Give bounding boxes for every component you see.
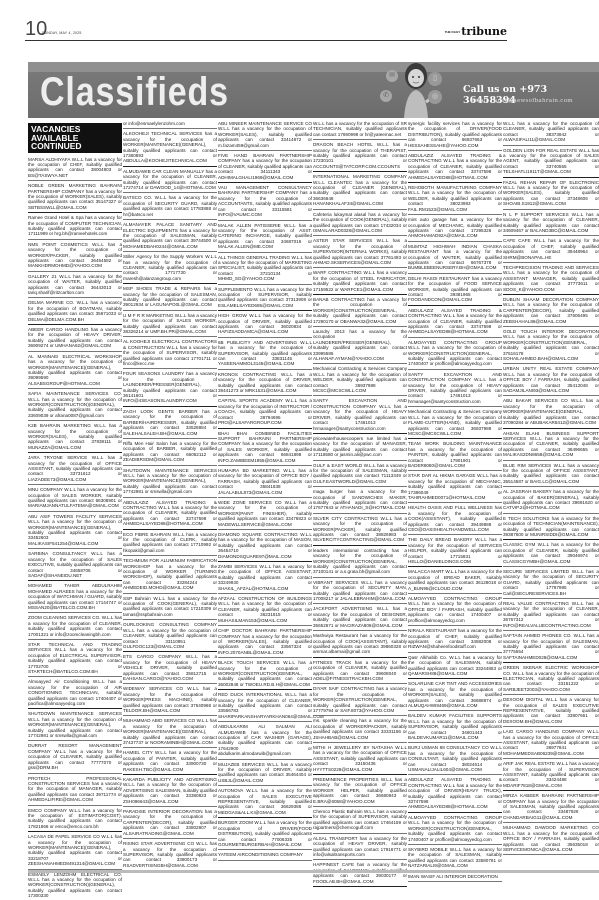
classified-ad: SHUTDOWN MAINTENANCE SERVICES W.L.L has … xyxy=(123,467,217,498)
classified-ad: ALMANAYER PALACE SANITARY AND ELECTRIC E… xyxy=(123,221,217,252)
classified-ad: JACKPORT ADVERTISING W.L.L has a vacancy… xyxy=(313,605,407,631)
classified-ad: NMS POINT COSMETICS W.L.L has a vacancy … xyxy=(28,241,122,272)
classified-ad: BANAB CONTRACTING has a vacancy for the … xyxy=(313,296,407,327)
mobile-icon: ▯ xyxy=(428,72,442,86)
classified-ad: MUHAMMAD DAWOOD MARKETING CO W.L.L has a… xyxy=(503,824,599,855)
classified-ad: Almoayyed Air Conditioning W.L.L has a v… xyxy=(28,678,122,709)
classified-ad: SARBINA CONSULTANCY W.L.L has a vacancy … xyxy=(28,550,122,581)
classified-ad: BLACK TOUCH SERVICES W.L.L has a vacancy… xyxy=(218,659,312,690)
classified-ad: NIRALA RESTAURANT has a vacancy for the … xyxy=(408,627,502,653)
classified-ad: PARADISE INTERIOR DECORATION has a vacan… xyxy=(123,808,217,839)
classified-ad: HEALTH OASIS AND FULL WELLNESS has a vac… xyxy=(408,504,502,535)
classified-ad: ECO FIBRE BAHRAIN W.L.L has a vacancy fo… xyxy=(123,531,217,557)
classified-ad: ESMAELY LENZOHM ELECTRICAL CO. W.L.L has… xyxy=(28,871,122,900)
classified-ad: STAR TECHNICAL AND TRADING SERVICES W.L.… xyxy=(28,641,122,677)
classified-ad: FOUR SEASONS LAUNDRY has a vacancy for t… xyxy=(123,370,217,406)
classified-ad: LACASA DE PAPEL SERVICE CO W.L.L has a v… xyxy=(28,833,122,869)
classified-ad: DUBLIN SHAAM DECORATION COMPANY W.L.L ha… xyxy=(503,296,599,327)
classified-ad: ZOOM CLEANING SERVICES CO. W.L.L has a v… xyxy=(28,614,122,640)
classified-ad: CLASSIC GYM W.L.L has a vacancy for the … xyxy=(503,541,599,567)
classified-ad: ZAMBI SERVICES W.L.L has a vacancy for t… xyxy=(218,563,312,594)
classified-ad: BHAI BHAI COMBINED FACILITIES SUPPORT BA… xyxy=(218,430,312,466)
classified-ad: EMCO COMPANY W.L.L has a vacancy for the… xyxy=(28,807,122,833)
classified-ad: W.L.L has a vacancy for the occupation o… xyxy=(313,120,407,140)
classified-ad: HAPPINEST CAFE has a vacancy for the occ… xyxy=(313,861,407,887)
classified-ad: synergic facility services has a vacancy… xyxy=(408,120,502,151)
classified-ad: VIBRANT SERVICES W.L.L has a vacancy for… xyxy=(313,579,407,605)
classified-ad: SHUTDOWN MAINTENANCE SERVICES W.L.L has … xyxy=(28,710,122,741)
footer-rule xyxy=(28,870,599,873)
classified-ad: WIDEWAY SERVICES CO W.L.L has a vacancy … xyxy=(123,685,217,716)
classified-ad: ALMOAYYED CONTRACTING GROUP W.L.L has a … xyxy=(408,595,502,626)
classified-ad: pricewaterhousecoopers rue limited has a… xyxy=(313,435,407,461)
classified-ad: GALLERY 21 W.L.L has a vacancy for the o… xyxy=(28,273,122,299)
classified-ad: FAZAL REHAN REPAIR OF ELECTRONIC W.L.L h… xyxy=(503,179,599,210)
classified-ad: SAFTAIN AHMED PHONES CO. W.L.L has a vac… xyxy=(503,632,599,663)
classified-ad: GULF & EAST WORLD W.L.L has a vacancy fo… xyxy=(313,462,407,488)
classified-ad: FITNESS TRACK has a vacancy for the occu… xyxy=(313,659,407,685)
classified-ad: MSP SHOES TRADE & REPAIRS has a vacancy … xyxy=(123,285,217,311)
phone-icon: ✆ xyxy=(380,90,392,102)
page-number: 10 xyxy=(25,18,47,41)
column-4: W.L.L has a vacancy for the occupation o… xyxy=(313,120,407,888)
classified-ad: THE DAILY BREAD BAKERY W.L.L has a vacan… xyxy=(408,536,502,567)
classified-ad: ABEER CARGO HANDLING has a vacancy for t… xyxy=(28,326,122,352)
classified-ad: ETS CARGO COMPANY W.L.L has a vacancy fo… xyxy=(123,653,217,684)
classified-ad: PROTECH PROFESSIONAL CONSTRUCTION SERVIC… xyxy=(28,775,122,806)
classified-ad: AL KOOHEJI ELECTRICAL CONTRACTORS & CONS… xyxy=(123,338,217,369)
classified-ad: PREEMINENCE PROPERTIES W.L.L has a vacan… xyxy=(313,776,407,807)
classified-ad: Cafeteria lukaymat alasal has a vacancy … xyxy=(313,211,407,237)
issue-date: SUNDAY, MAY 4, 2025 xyxy=(42,31,82,35)
classified-ad: MARSA ALDHIYAFA W.L.L has a vacancy for … xyxy=(28,156,122,182)
classified-ad: SANTY EXCAVATION AND CONSTRUCTION COMPAN… xyxy=(313,397,407,433)
banner-title: Classifieds xyxy=(40,70,229,115)
classified-ad: TECHPRECISION TRADING AND SERVICES W.L.L… xyxy=(503,264,599,295)
classified-ad: KRONOS CONTRACTING W.L.L has a vacancy f… xyxy=(218,371,312,397)
classified-ad: DRAGON BEACH HOTEL W.L.L has a vacancy f… xyxy=(313,141,407,172)
classified-ad: WIDE ZONE SERVICES CO W.L.L has a vacanc… xyxy=(218,499,312,530)
classified-ad: RISING STAR ADVERTISING CO W.L.L has a v… xyxy=(123,840,217,871)
globe-icon: ◎ xyxy=(428,90,442,104)
classified-ad: W.L.L has a vacancy for the occupation o… xyxy=(503,120,599,146)
classified-ad: Laundry 2013 has a vacancy for the occup… xyxy=(313,328,407,364)
classified-ad: BURJ USMAN 88 CONSULTANCY CO W.L.L has a… xyxy=(408,744,502,775)
classified-ad: MALACCA MART W.L.L has a vacancy for the… xyxy=(408,568,502,594)
classified-ad: Chemco Plastic Bahrain W.L.L has a vacan… xyxy=(313,808,407,834)
classified-ad: AHSAN ELAHI BUSINESS SUPPORT SERVICES W.… xyxy=(503,430,599,461)
classified-ad: REHOBOTH MANUFACTURING COMPANY W.L.L has… xyxy=(408,184,502,215)
classified-ad: MUHAMMAD ABID SERVICES CO W.L.L has a va… xyxy=(123,717,217,748)
classified-ad: AL MANNAEI ELECTRICAL WORKSHOP has a vac… xyxy=(28,353,122,389)
classified-ad: WARF CONTRACTING W.L.L has a vacancy for… xyxy=(313,269,407,295)
classified-ad: ALKOOHEJI TECHNICAL SERVICES has a vacan… xyxy=(123,130,217,166)
classified-ad: SOLARLINE CAR TINT AND ACCESSORIES has a… xyxy=(408,680,502,711)
classified-ad: DIAMOND SQUARE CONTRACTING W.L.L has a v… xyxy=(218,531,312,562)
classified-ad: LAIG CARGO HANDLING COMPANY W.L.L has a … xyxy=(503,728,599,759)
email-icon: ✉ xyxy=(386,70,398,82)
classified-ad: SKYBIRD MOBILE W.L.L has a vacancy for t… xyxy=(408,846,502,872)
classified-ad: ARIF JAK REAL ESTATE W.L.L has a vacancy… xyxy=(503,760,599,791)
advert-email: email : advt@newsofbahrain.com xyxy=(471,98,573,104)
classified-ad: URBAN UNITY REAL ESTATE COMPANY W.L.L ha… xyxy=(503,365,599,396)
column-5: synergic facility services has a vacancy… xyxy=(408,120,502,883)
section-heading: VACANCIES AVAILABLE CONTINUED xyxy=(28,123,122,153)
classified-ad: AUTONOVA W.L.L has a vacancy for the occ… xyxy=(218,787,312,818)
classified-ad: U M F R R MARKETING W.L.L has a vacancy … xyxy=(123,312,217,338)
classified-ad: OURLOOKING CONSULTING COMPANY W.L.L has … xyxy=(123,621,217,652)
classified-ad: KAKARDA PUBLICITY AND ADVERTISING W.L.L … xyxy=(123,776,217,807)
classified-ad: FIVE HAND BAHRAIN PARTNERSHIP COMPANY ha… xyxy=(218,152,312,183)
classified-ad: INTERNATIONAL MARKETING COMPANY W.L.L CL… xyxy=(313,173,407,209)
classified-ad: ASTER STAR SERVICES W.L.L has a vacancy … xyxy=(313,237,407,268)
masthead: 10 SUNDAY, MAY 4, 2025 THE DAILYtribune xyxy=(25,24,507,41)
classified-ad: ABU BAKAR SERVICES CO W.L.L has a vacanc… xyxy=(503,397,599,428)
classified-ad: ALMOAYYED CONTRACTING GROUP W.L.L has a … xyxy=(408,339,502,370)
classified-ad: DURRAT RESORT MANAGEMENT COMPANY W.L.L h… xyxy=(28,742,122,773)
classified-ad: ABU MINEER MAINTENANCE SERVICE CO W.L.L … xyxy=(218,120,312,151)
classified-ad: CAPITAL SPORTS ACADEMY W.L.L has a vacan… xyxy=(218,397,312,428)
classified-ad: HAMIEL CITY W.L.L has a vacancy for the … xyxy=(123,749,217,775)
classified-ad: ABDULKARIM ALI SALMAN ALI ALMUDAWIB has … xyxy=(218,723,312,759)
column-6: W.L.L has a vacancy for the occupation o… xyxy=(503,120,599,856)
classified-ad: DIYAR SAIF CONTRACTING has a vacancy for… xyxy=(313,685,407,716)
classified-ad: Ramee Grand Hotel & Spa has a vacancy fo… xyxy=(28,214,122,240)
classified-ad: 6B PUBLICITY AND ADVERTISING W.L.L has a… xyxy=(218,339,312,370)
classified-ad: ALMUDAWIB CAR CLEAN MANUALLY has a vacan… xyxy=(123,168,217,194)
classified-ad: ALL THINGS GENERAL TRADING W.L.L has a v… xyxy=(218,254,312,285)
classified-ad: mint auto garage has a vacancy for the o… xyxy=(408,216,502,242)
classified-ad: SILVER CITY CONTRACTING W.L.L has a vaca… xyxy=(313,515,407,546)
logo-text: tribune xyxy=(461,25,507,38)
classified-ad: Mashwiya Restaurant has a vacancy for th… xyxy=(313,632,407,658)
classified-ad: YATEEM AIRCONDITIONING COMPANY xyxy=(218,851,312,860)
classified-ad: BATSCO CO. W.L.L has a vacancy for the o… xyxy=(123,194,217,220)
classified-ad: Mechanical Contracting & Services Compan… xyxy=(408,408,502,439)
classified-ad: SAFIA MAINTENANCE SERVICES CO. W.L.L has… xyxy=(28,390,122,421)
classified-ad: HIGH GROW W.L.L has a vacancy for the oc… xyxy=(218,312,312,338)
classified-ad: AL JASSRAH BAKERY has a vacancy for the … xyxy=(503,488,599,514)
classified-ad: MITHI H JEWELLERY BY NATASHA W.L.L has a… xyxy=(313,744,407,775)
classified-ad: MIRZA KABEER BAHRAINI PARTNERSHIP COMPAN… xyxy=(503,792,599,823)
classified-ad: CHIP DOCTOR BAHRAINI PARTNERSHIP COMPANY… xyxy=(218,627,312,658)
classified-ad: ABDULAZIZ ALSAYED TRADING & CONTRACTING … xyxy=(123,499,217,530)
classified-ad: ABDULAZIZ ALSAYED TRADING & CONTRACTING … xyxy=(408,307,502,338)
classified-ad: ALSAL TRANSPORT has a vacancy for the oc… xyxy=(313,835,407,861)
classified-ad: NOBLE GREEN MARKETING BAHRAINI PARTNERSH… xyxy=(28,182,122,213)
classified-ad: STAR DAR AL HIKMA GARAGE W.L.L has a vac… xyxy=(408,472,502,503)
classified-ad: leaders international contracting has a … xyxy=(313,547,407,578)
classified-ad: Mechanical Contracting & Services Compan… xyxy=(313,365,407,396)
column-2: or info@esmaelylenzohm.comALKOOHEJI TECH… xyxy=(123,120,217,872)
classified-ad: E TECH SOLUTIONS has a vacancy for the o… xyxy=(503,515,599,541)
classified-ad: TEAM WORK BUILDING MAINTANANCE has a vac… xyxy=(408,440,502,471)
classified-ad: TECHMIUM FOR ALUMINUM FABRICATION WORKSH… xyxy=(123,557,217,593)
column-1: VACANCIES AVAILABLE CONTINUED MARSA ALDH… xyxy=(28,120,122,900)
classified-ad: ZAGH LOOK GENTS BARBER has a vacancy for… xyxy=(123,408,217,439)
classified-ad: ms. sparkle cleaning has a vacancy for t… xyxy=(313,717,407,743)
classified-ad: DELMA MARINE CO. W.L.L has a vacancy for… xyxy=(28,299,122,325)
classified-ad: MNU COMPANY W.L.L has a vacancy for the … xyxy=(28,486,122,512)
classified-ad: SSP Bahrain W.L.L has a vacancy for the … xyxy=(123,595,217,621)
classified-ad: DEXOOM DIGITAL W.L.L has a vacancy for t… xyxy=(503,696,599,727)
classified-ad: AFZAAL CONSTRUCTION OF BUILDINGS W.L.L h… xyxy=(218,595,312,626)
classified-ad: ABU ASIF TOWERS FACILITY SERVICES W.L.L … xyxy=(28,513,122,549)
classified-ad: N L P SUPPORT SERVICES W.L.L has a vacan… xyxy=(503,211,599,237)
classified-ad: SUPPLEMENTO W.L.L has a vacancy for the … xyxy=(218,286,312,312)
classified-ad: K2B BAHRAIN MARKETING W.L.L has a vacanc… xyxy=(28,422,122,453)
classified-ad: RED DUCK INTERNATIONAL W.L.L has a vacan… xyxy=(218,691,312,722)
classified-ad: CAFE CAFE W.L.L has a vacancy for the oc… xyxy=(503,237,599,263)
classified-ad: GOLDEN LION FOR REAL ESTATE W.L.L has a … xyxy=(503,147,599,178)
classified-ad: MUMTAZ HIGHWAH INDIAN CHASKA RESTAURANT … xyxy=(408,243,502,274)
classifieds-banner: Classifieds ✉ ✆ ▯ ◎ Call us on +973 3645… xyxy=(28,62,599,118)
classified-ad: ALMOAYYED CONTRACTING GROUP W.L.L has a … xyxy=(408,814,502,845)
classified-ad: ABDULAZIZ ALSAYED TRADING & CONTRACTING … xyxy=(408,776,502,812)
classifieds-columns: VACANCIES AVAILABLE CONTINUED MARSA ALDH… xyxy=(28,120,599,868)
classified-ad: IMAN WASIF ALI INTERIOR DECORATION xyxy=(408,873,502,882)
classified-ad: maga burger has a vacancy for the occupa… xyxy=(313,488,407,514)
classified-ad: GREEN SKENAR ELECTRIC WORKSHOP CO. W.L.L… xyxy=(503,664,599,695)
classified-ad: BALDEV KUMAR FACILITIES SUPPORTS W.L.L h… xyxy=(408,712,502,743)
classified-ad: or info@esmaelylenzohm.com xyxy=(123,120,217,129)
classified-ad: Stiller Agency for the Supply Workers W.… xyxy=(123,253,217,284)
classified-ad: GOLD TOUCH INTERIOR DECORATION W.L.L has… xyxy=(503,328,599,364)
classified-ad: MOHAMED TAHER ABDULRAHIM MOHAMED ALRAEES… xyxy=(28,582,122,613)
classified-ad: BURGER ZOOM W.L.L has a vacancy for the … xyxy=(218,819,312,850)
classified-ad: Qasr Alkhabib Co. W.L.L has a vacancy fo… xyxy=(408,654,502,680)
classified-ad: HUMAIRA BD MARKETING W.L.L has a vacancy… xyxy=(218,467,312,498)
logo-prefix: THE DAILY xyxy=(445,31,461,34)
classified-ad: REAL VALUE CONTRACTING W.L.L has a vacan… xyxy=(503,600,599,631)
classified-ad: MALAK ALLEN PATISSERIE W.L.L has a vacan… xyxy=(218,222,312,253)
classified-ad: JARA TRYONE SERVICE W.L.L has a vacancy … xyxy=(28,454,122,485)
publication-logo: THE DAILYtribune xyxy=(445,25,507,38)
classified-ad: MUJAZEB SERVICES W.L.L has a vacancy for… xyxy=(218,761,312,787)
classified-ad: DELHI RASOI RESTAURANT has a vacancy for… xyxy=(408,275,502,306)
classified-ad: ABDULAZIZ ALSAYED TRADING & CONTRACTING … xyxy=(408,152,502,183)
classified-ad: Riffa Men Hair Salon has a vacancy for t… xyxy=(123,440,217,466)
classified-ad: SANTY EXCAVATION AND CONSTRUCTION COMPAN… xyxy=(408,371,502,407)
classified-ad: VAU MANAGEMENT CONSULTANCY BAHRAINI PART… xyxy=(218,184,312,220)
classified-ad: SECURE SERVICES LIMITED W.L.L has a vaca… xyxy=(503,568,599,599)
column-3: ABU MINEER MAINTENANCE SERVICE CO W.L.L … xyxy=(218,120,312,862)
woman-illustration-icon xyxy=(398,62,434,118)
classified-ad: BLUE RIM SERVICES W.L.L has a vacancy fo… xyxy=(503,462,599,488)
